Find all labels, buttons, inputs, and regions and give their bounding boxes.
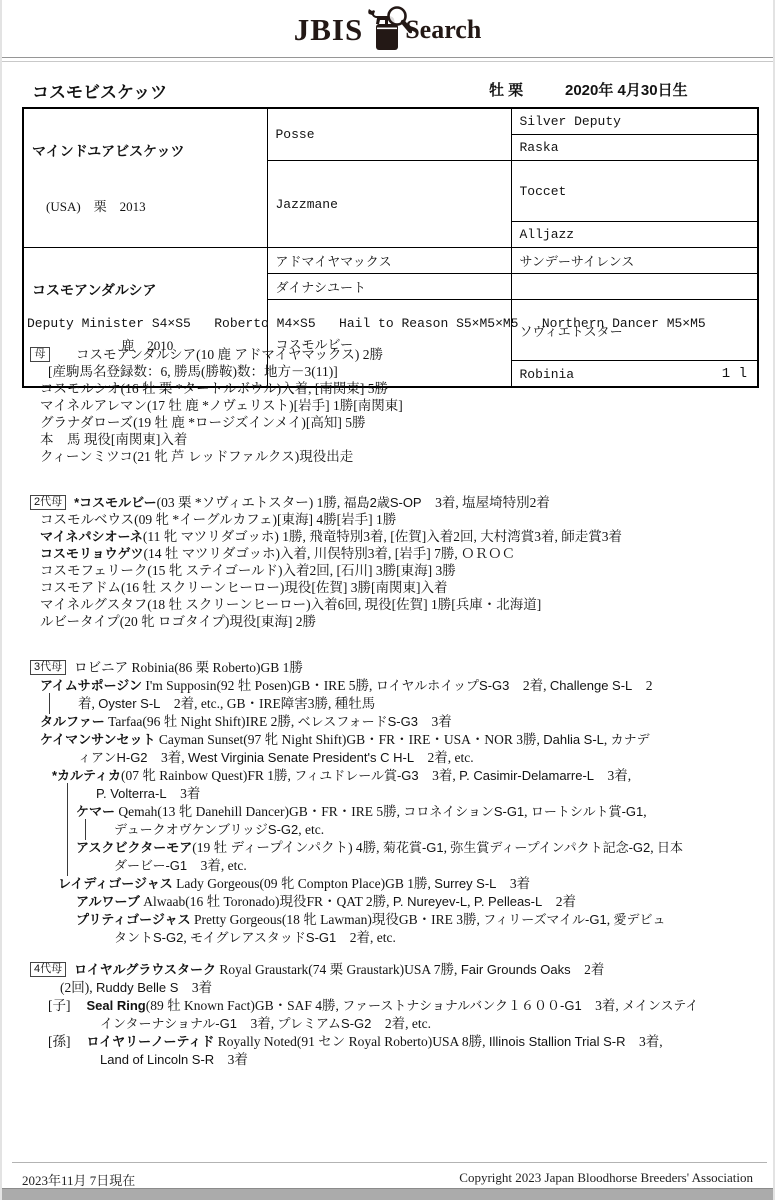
text-segment: 菊花賞-G1 [383,840,444,855]
family-section-dam: 母コスモアンダルシア(10 鹿 アドマイヤマックス) 2勝[産駒馬名登録数：6,… [22,346,757,465]
family-line: ルビータイプ(20 牝 ロゴタイプ)現役[東海] 2勝 [22,613,757,630]
family-section-fourth_dam: 4代母ロイヤルグラウスターク Royal Graustark(74 栗 Grau… [22,961,757,1069]
text-segment: インターナショナル-G1 [100,1016,237,1031]
family-line: *カルティカ(07 牝 Rainbow Quest)FR 1勝, フィユドレール… [22,767,757,785]
text-segment: Royally Noted(91 セン Royal Roberto)USA 8勝… [214,1034,488,1049]
family-line: アイムサポージン I'm Supposin(92 牡 Posen)GB・IRE … [22,677,757,695]
text-segment: 3着 [496,876,530,891]
text-segment: グラナダローズ(19 牡 鹿 *ロージズインメイ)[高知] 5勝 [40,415,366,430]
text-segment: マイネパシオーネ [40,529,143,544]
text-segment: タルファー [40,714,105,729]
pedigree-ggp-3: Alljazz [511,222,758,248]
pedigree-sire-dam: Jazzmane [267,161,511,248]
text-segment: 日本 [657,840,683,855]
family-line: マイネパシオーネ(11 牝 マツリダゴッホ) 1勝, 飛竜特別3着, [佐賀]入… [22,528,757,545]
text-segment: 3着, [419,768,460,783]
text-segment: フィユドレール賞-G3 [294,768,418,783]
text-segment: マイネルアレマン(17 牡 鹿 *ノヴェリスト)[岩手] 1勝[南関東] [40,398,403,413]
birthdate-label: 2020年 4月30日生 [565,79,688,100]
text-segment: Tarfaa(96 牡 Night Shift)IRE 2勝, [105,714,298,729]
family-section-third_dam: 3代母ロビニア Robinia(86 栗 Roberto)GB 1勝アイムサポー… [22,659,757,947]
text-segment: モイグレアスタッドS-G1 [190,930,336,945]
family-line: コスモリョウゲツ(14 牡 マツリダゴッホ)入着, 川俣特別3着, [岩手] 7… [22,545,757,562]
text-segment: 3着 [214,1052,248,1067]
text-segment: *コスモルビー [74,495,157,510]
logo-text-search: Search [405,15,481,45]
text-segment: ロイヤリーノーティド [87,1034,215,1049]
text-segment: デュークオヴケンブリッジS-G2 [114,822,298,837]
family-line: クィーンミツコ(21 牝 芦 レッドファルクス)現役出走 [22,448,757,465]
family-line: 本 馬 現役[南関東]入着 [22,431,757,448]
text-segment: 着, [78,696,98,711]
text-segment: P. Pelleas-L [474,894,542,909]
text-segment: *カルティカ [52,768,121,783]
family-line: ケマー Qemah(13 牝 Danehill Dancer)GB・FR・IRE… [22,803,757,821]
pedigree-sire-cell: マインドユアビスケッツ (USA) 栗 2013 [23,108,267,248]
text-segment: ケマー [76,804,115,819]
text-segment: Ruddy Belle S [96,980,178,995]
header-divider [2,57,775,62]
text-segment: 3着, [625,1034,662,1049]
text-segment: レイディゴージャス [58,876,173,891]
text-segment: ロートシルト賞-G1 [531,804,643,819]
title-row: コスモビスケッツ 牡 栗 2020年 4月30日生 [2,78,775,102]
tree-connector [49,693,50,714]
family-line: タルファー Tarfaa(96 牡 Night Shift)IRE 2勝, ベレ… [22,713,757,731]
text-segment: タントS-G2 [114,930,183,945]
text-segment: ロイヤルホイップS-G3 [376,678,510,693]
text-segment: コスモルベウス(09 牝 *イーグルカフェ)[東海] 4勝[岩手] 1勝 [40,512,396,527]
text-segment: , [524,804,531,819]
dam-name: コスモアンダルシア [32,280,263,300]
copyright-text: Copyright 2023 Japan Bloodhorse Breeders… [459,1170,753,1186]
text-segment: Royal Graustark(74 栗 Graustark)USA 7勝, [216,962,461,977]
text-segment: ベレスフォードS-G3 [298,714,418,729]
family-line: ダービー-G1 3着, etc. [22,857,757,875]
text-segment: Dahlia S-L [543,732,604,747]
text-segment: Land of Lincoln S-R [100,1052,214,1067]
family-line: コスモフェリーク(15 牝 ステイゴールド)入着2回, [石川] 3勝[東海] … [22,562,757,579]
footer-divider [12,1162,767,1163]
text-segment: 2着, etc. [336,930,396,945]
text-segment: メインステイ [622,998,698,1013]
text-segment: Qemah(13 牝 Danehill Dancer)GB・FR・IRE 5勝, [115,804,403,819]
family-line: Land of Lincoln S-R 3着 [22,1051,757,1069]
text-segment: 2着, [509,678,550,693]
family-line: タントS-G2, モイグレアスタッドS-G1 2着, etc. [22,929,757,947]
family-line: [子]Seal Ring(89 牡 Known Fact)GB・SAF 4勝, … [22,997,757,1015]
text-segment: アスクビクターモア [76,840,192,855]
text-segment: フィリーズマイル-G1 [483,912,606,927]
text-segment: , [604,732,611,747]
text-segment: (89 牡 Known Fact)GB・SAF 4勝, [146,998,343,1013]
text-segment: [子] [48,998,71,1013]
text-segment: 2着, etc. [414,750,474,765]
text-segment: 愛デビュ [613,912,665,927]
text-segment: Illinois Stallion Trial S-R [489,1034,626,1049]
text-segment: 2着, etc. [371,1016,431,1031]
text-segment: アルワーブ [76,894,140,909]
family-line: インターナショナル-G1 3着, プレミアムS-G2 2着, etc. [22,1015,757,1033]
text-segment: Seal Ring [87,998,146,1013]
family-line: プリティゴージャス Pretty Gorgeous(18 牝 Lawman)現役… [22,911,757,929]
text-segment: プリティゴージャス [76,912,191,927]
text-segment: Alwaab(16 牡 Toronado)現役FR・QAT 2勝, [140,894,393,909]
text-segment: P. Casimir-Delamarre-L [459,768,594,783]
family-line: マイネルグスタフ(18 牡 スクリーンヒーロー)入着6回, 現役[佐賀] 1勝[… [22,596,757,613]
family-line: マイネルアレマン(17 牡 鹿 *ノヴェリスト)[岩手] 1勝[南関東] [22,397,757,414]
sire-name: マインドユアビスケッツ [32,141,263,161]
family-line: レイディゴージャス Lady Gorgeous(09 牝 Compton Pla… [22,875,757,893]
generation-badge: 2代母 [30,495,66,510]
tree-connector [85,819,86,840]
text-segment: 3着, [582,998,623,1013]
text-segment: ィアンH-G2 [78,750,148,765]
text-segment: , [467,894,474,909]
family-section-second_dam: 2代母*コスモルビー(03 栗 *ソヴィエトスター) 1勝, 福島2歳S-OP … [22,494,757,630]
text-segment: Challenge S-L [550,678,632,693]
text-segment: コスモルシオ(16 牡 栗 *タートルボウル)入着, [南関東] 5勝 [40,381,388,396]
text-segment: West Virginia Senate President's C H-L [188,750,414,765]
text-segment: クィーンミツコ(21 牝 芦 レッドファルクス)現役出走 [40,449,353,464]
text-segment: , [650,840,657,855]
text-segment: Fair Grounds Oaks [461,962,571,977]
text-segment: (11 牝 マツリダゴッホ) 1勝, 飛竜特別3着, [佐賀]入着2回, 大村湾… [143,529,622,544]
text-segment: Oyster S-L [98,696,160,711]
text-segment: ケイマンサンセット [40,732,155,747]
family-line: グラナダローズ(19 牡 鹿 *ロージズインメイ)[高知] 5勝 [22,414,757,431]
text-segment: (14 牡 マツリダゴッホ)入着, 川俣特別3着, [岩手] 7勝, ＯＲＯＣ [143,546,515,561]
family-line: 着, Oyster S-L 2着, etc., GB・IRE障害3勝, 種牡馬 [22,695,757,713]
text-segment: , etc. [298,822,324,837]
text-segment: 3着, [237,1016,278,1031]
text-segment: I'm Supposin(92 牡 Posen)GB・IRE 5勝, [142,678,376,693]
family-line: デュークオヴケンブリッジS-G2, etc. [22,821,757,839]
text-segment: , [643,804,646,819]
text-segment: Lady Gorgeous(09 牝 Compton Place)GB 1勝, [173,876,434,891]
text-segment: (19 牡 ディープインパクト) 4勝, [192,840,383,855]
pedigree-ggp-0: Silver Deputy [511,108,758,135]
text-segment: プレミアムS-G2 [277,1016,371,1031]
text-segment: 弥生賞ディープインパクト記念-G2 [450,840,650,855]
pedigree-dam-sire: アドマイヤマックス [267,248,511,274]
text-segment: Cayman Sunset(97 牝 Night Shift)GB・FR・IRE… [155,732,543,747]
family-line: コスモルシオ(16 牡 栗 *タートルボウル)入着, [南関東] 5勝 [22,380,757,397]
text-segment: 本 馬 現役[南関東]入着 [40,432,187,447]
text-segment: ルビータイプ(20 牝 ロゴタイプ)現役[東海] 2勝 [40,614,316,629]
sex-coat-label: 牡 栗 [489,79,523,100]
text-segment: ダービー-G1 [114,858,187,873]
text-segment: 3着, 塩屋埼特別2着 [422,495,550,510]
text-segment: コロネイションS-G1 [403,804,524,819]
family-line: 母コスモアンダルシア(10 鹿 アドマイヤマックス) 2勝 [22,346,757,363]
generation-badge: 4代母 [30,962,66,977]
text-segment: [孫] [48,1034,71,1049]
text-segment: 3着 [167,786,201,801]
text-segment: 3着, [594,768,631,783]
page: JBIS Search コスモビスケッツ 牡 栗 2020年 4月30日生 マイ… [0,0,775,1200]
pedigree-ggp-5: ダイナシユート [267,274,511,300]
text-segment: P. Volterra-L [96,786,167,801]
text-segment: ロビニア Robinia(86 栗 Roberto)GB 1勝 [74,660,303,675]
family-line: ィアンH-G2 3着, West Virginia Senate Preside… [22,749,757,767]
generation-badge: 母 [30,347,50,362]
text-segment: 3着, [148,750,189,765]
text-segment: [産駒馬名登録数：6, 勝馬(勝鞍)数：地方－3(11)] [48,364,338,379]
text-segment: Surrey S-L [434,876,496,891]
family-line: アルワーブ Alwaab(16 牡 Toronado)現役FR・QAT 2勝, … [22,893,757,911]
tree-connector [67,855,68,876]
text-segment: P. Nureyev-L [393,894,467,909]
text-segment: 3着, etc. [187,858,247,873]
family-line: 3代母ロビニア Robinia(86 栗 Roberto)GB 1勝 [22,659,757,677]
text-segment: ロイヤルグラウスターク [74,962,216,977]
page-title: コスモビスケッツ [32,78,167,103]
pedigree-ggp-1: Raska [511,135,758,161]
text-segment: 2着, etc., GB・IRE障害3勝, 種牡馬 [160,696,375,711]
family-line: ケイマンサンセット Cayman Sunset(97 牝 Night Shift… [22,731,757,749]
sire-detail: (USA) 栗 2013 [32,196,263,215]
family-line: 4代母ロイヤルグラウスターク Royal Graustark(74 栗 Grau… [22,961,757,979]
text-segment: ファーストナショナルバンク１６００-G1 [342,998,581,1013]
family-line: P. Volterra-L 3着 [22,785,757,803]
family-line: [孫]ロイヤリーノーティド Royally Noted(91 セン Royal … [22,1033,757,1051]
bottom-bar [2,1188,775,1200]
as-of-date: 2023年11月 7日現在 [22,1170,135,1189]
pedigree-ggp-2: Toccet [511,161,758,222]
text-segment: コスモフェリーク(15 牝 ステイゴールド)入着2回, [石川] 3勝[東海] … [40,563,456,578]
text-segment: 2着 [542,894,576,909]
text-segment: (07 牝 Rainbow Quest)FR 1勝, [121,768,294,783]
text-segment: 2着 [571,962,605,977]
family-line: アスクビクターモア(19 牡 ディープインパクト) 4勝, 菊花賞-G1, 弥生… [22,839,757,857]
pedigree-sire-sire: Posse [267,108,511,161]
text-segment: アイムサポージン [40,678,142,693]
family-line: コスモルベウス(09 牝 *イーグルカフェ)[東海] 4勝[岩手] 1勝 [22,511,757,528]
text-segment: カナデ [611,732,650,747]
text-segment: (2回), [60,980,96,995]
text-segment: (03 栗 *ソヴィエトスター) 1勝, [157,495,344,510]
family-line: 2代母*コスモルビー(03 栗 *ソヴィエトスター) 1勝, 福島2歳S-OP … [22,494,757,511]
pedigree-ggp-4: サンデーサイレンス [511,248,758,274]
family-line: [産駒馬名登録数：6, 勝馬(勝鞍)数：地方－3(11)] [22,363,757,380]
generation-badge: 3代母 [30,660,66,675]
text-segment: コスモアドム(16 牡 スクリーンヒーロー)現役[佐賀] 3勝[南関東]入着 [40,580,448,595]
text-segment: マイネルグスタフ(18 牡 スクリーンヒーロー)入着6回, 現役[佐賀] 1勝[… [40,597,541,612]
text-segment: 3着 [178,980,212,995]
text-segment: 福島2歳S-OP [344,495,422,510]
text-segment: Pretty Gorgeous(18 牝 Lawman)現役GB・IRE 3勝, [191,912,484,927]
jbis-logo[interactable]: JBIS Search [2,5,773,55]
family-line: コスモアドム(16 牡 スクリーンヒーロー)現役[佐賀] 3勝[南関東]入着 [22,579,757,596]
inbreeding-line: Deputy Minister S4×S5 Roberto M4×S5 Hail… [27,316,706,331]
text-segment: コスモアンダルシア(10 鹿 アドマイヤマックス) 2勝 [76,347,383,362]
text-segment: コスモリョウゲツ [40,546,143,561]
text-segment: 2 [632,678,652,693]
family-line: (2回), Ruddy Belle S 3着 [22,979,757,997]
text-segment: 3着 [418,714,452,729]
logo-text-jbis: JBIS [294,12,363,48]
